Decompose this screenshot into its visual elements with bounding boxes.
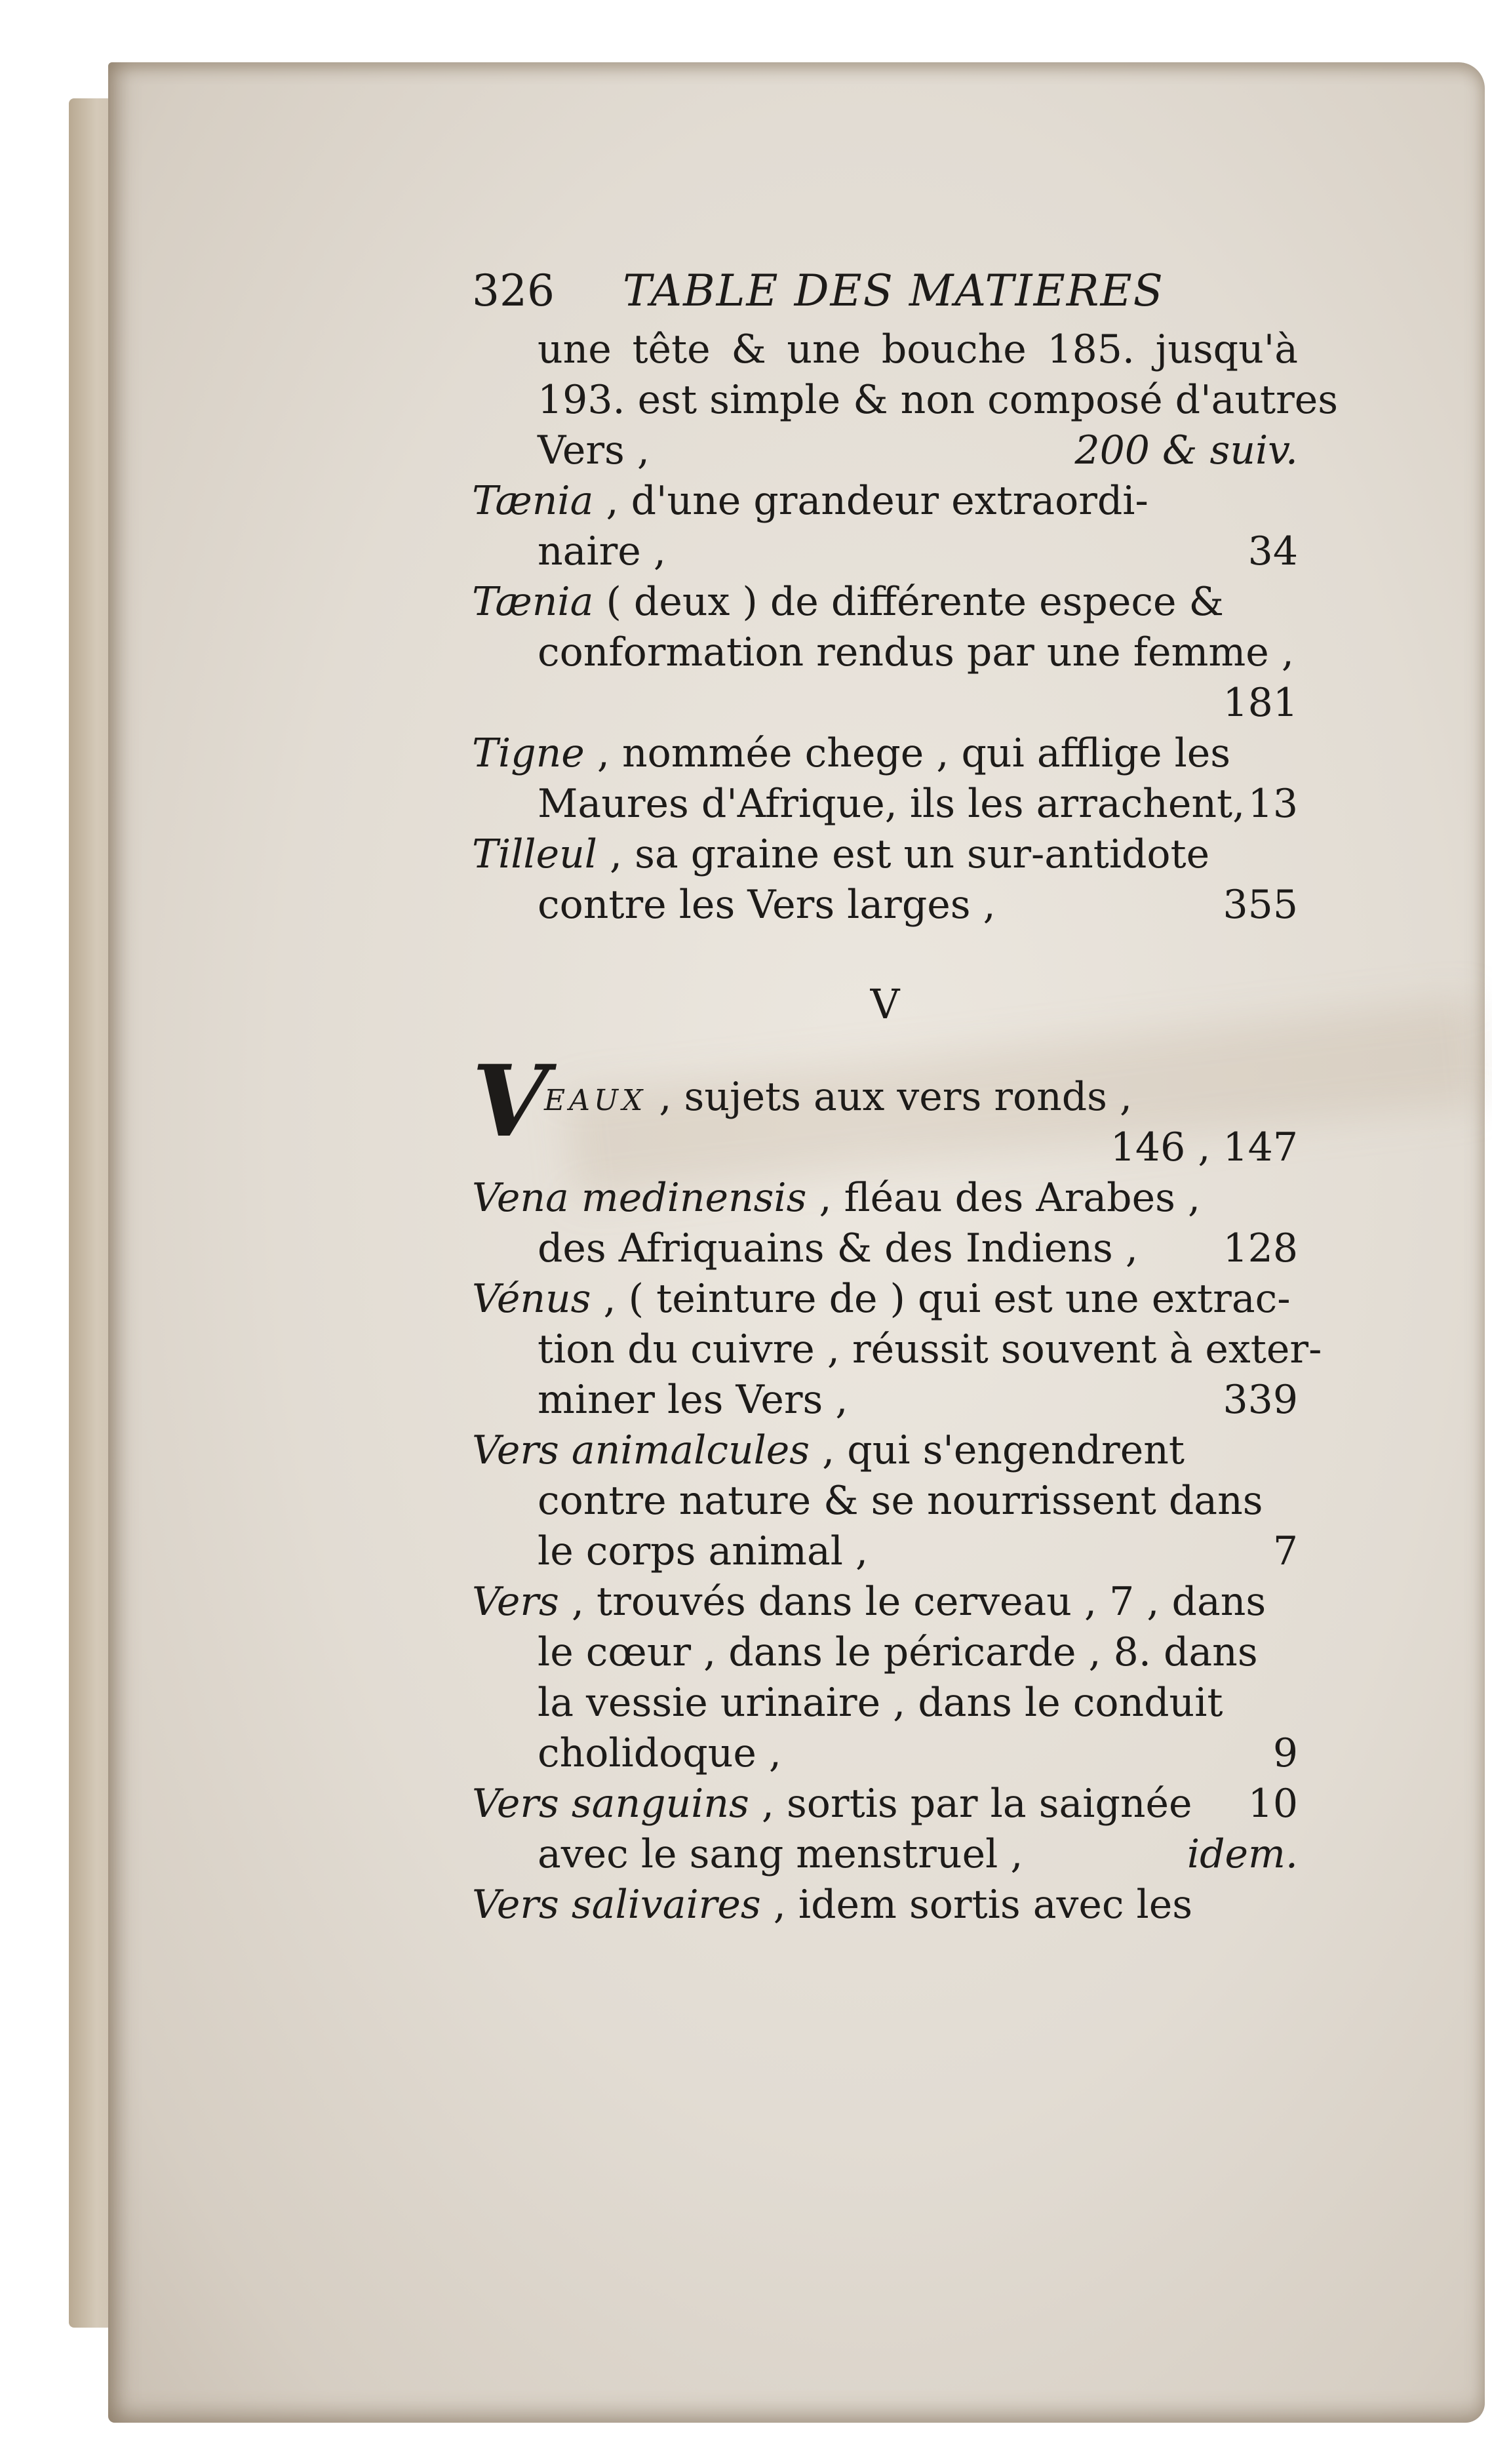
index-line: avec le sang menstruel , idem. — [538, 1829, 1298, 1880]
entry-headword: Tænia — [472, 579, 593, 625]
index-entry: Vers sanguins , sortis par la saignée 10 — [472, 1779, 1298, 1829]
index-line: miner les Vers , 339 — [538, 1375, 1298, 1425]
index-line: contre les Vers larges , 355 — [538, 880, 1298, 930]
entry-headword: Vers animalcules — [472, 1427, 810, 1473]
index-line: le corps animal , 7 — [538, 1526, 1298, 1577]
drop-cap: V — [472, 1052, 548, 1151]
index-line: la vessie urinaire , dans le conduit — [538, 1678, 1298, 1728]
entry-headword: EAUX — [544, 1084, 646, 1117]
index-entry: V EAUX , sujets aux vers ronds , — [472, 1072, 1298, 1123]
index-line: le cœur , dans le péricarde , 8. dans — [538, 1627, 1298, 1678]
section-letter: V — [472, 980, 1298, 1028]
entry-headword: Vers sanguins — [472, 1781, 749, 1827]
entry-headword: Vena medinensis — [472, 1175, 806, 1221]
page-ref: idem. — [1187, 1829, 1298, 1880]
page-ref: 128 — [1223, 1223, 1298, 1274]
index-line: cholidoque , 9 — [538, 1728, 1298, 1779]
index-entry: Tilleul , sa graine est un sur-antidote — [472, 829, 1298, 880]
page-ref: 7 — [1273, 1526, 1298, 1577]
page-number: 326 — [472, 266, 555, 316]
index-line: conformation rendus par une femme , — [538, 627, 1298, 678]
page-ref: 34 — [1248, 527, 1298, 577]
index-entry: Vena medinensis , fléau des Arabes , — [472, 1173, 1298, 1223]
entry-headword: Tigne — [472, 730, 585, 776]
entry-headword: Vers salivaires — [472, 1882, 761, 1928]
index-line: 146 , 147 — [538, 1123, 1298, 1173]
entry-headword: Tænia — [472, 478, 593, 524]
page-ref: 355 — [1223, 880, 1298, 930]
page-ref: 339 — [1223, 1375, 1298, 1425]
entry-headword: Tilleul — [472, 831, 597, 877]
index-entry: Tænia ( deux ) de différente espece & — [472, 577, 1298, 627]
page-ref: 200 & suiv. — [1074, 426, 1298, 476]
running-head: 326 TABLE DES MATIERES — [472, 266, 1298, 316]
page-ref: 10 — [1248, 1779, 1298, 1829]
index-line: 193. est simple & non composé d'autres — [538, 375, 1298, 426]
index-line: 181 — [538, 678, 1298, 728]
running-title: TABLE DES MATIERES — [623, 266, 1164, 316]
index-line: des Afriquains & des Indiens , 128 — [538, 1223, 1298, 1274]
index-line: naire , 34 — [538, 527, 1298, 577]
page-ref: 146 , 147 — [1110, 1123, 1298, 1173]
entry-headword: Vénus — [472, 1276, 591, 1322]
index-line: Vers , 200 & suiv. — [538, 426, 1298, 476]
index-entry: Vers , trouvés dans le cerveau , 7 , dan… — [472, 1577, 1298, 1627]
index-entry: Vers animalcules , qui s'engendrent — [472, 1425, 1298, 1476]
page-ref: 9 — [1273, 1728, 1298, 1779]
index-line: tion du cuivre , réussit souvent à exter… — [538, 1324, 1298, 1375]
index-entry: Tænia , d'une grandeur extraordi- — [472, 476, 1298, 527]
index-entry: Tigne , nommée chege , qui afflige les — [472, 728, 1298, 779]
index-entry: Vers salivaires , idem sortis avec les — [472, 1880, 1298, 1930]
index-line: contre nature & se nourrissent dans — [538, 1476, 1298, 1526]
index-line: Maures d'Afrique, ils les arrachent, 13 — [538, 779, 1298, 829]
index-line: une tête & une bouche 185. jusqu'à — [538, 325, 1298, 375]
page-ref: 181 — [1223, 678, 1298, 728]
index-entry: Vénus , ( teinture de ) qui est une extr… — [472, 1274, 1298, 1324]
entry-headword: Vers — [472, 1579, 559, 1625]
page-ref: 13 — [1248, 779, 1298, 829]
